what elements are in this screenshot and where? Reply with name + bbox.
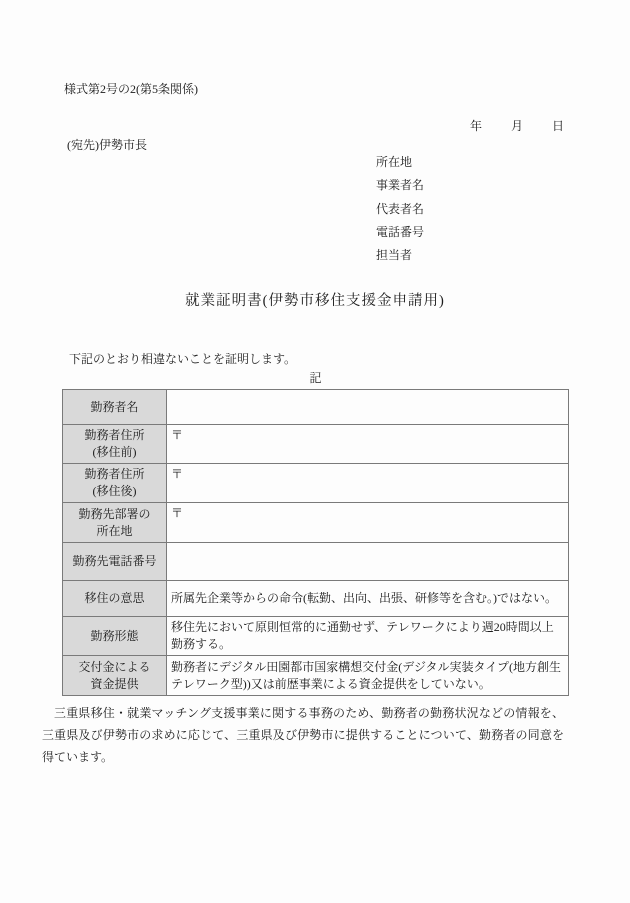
table-row-work-style: 勤務形態 移住先において原則恒常的に通勤せず、テレワークにより週20時間以上勤務… (63, 617, 569, 656)
table-row-workplace-phone: 勤務先電話番号 (63, 543, 569, 581)
table-row-worker-address-after: 勤務者住所 (移住後) 〒 (63, 464, 569, 503)
row-label: 勤務先電話番号 (63, 543, 167, 581)
row-value: 移住先において原則恒常的に通勤せず、テレワークにより週20時間以上勤務する。 (167, 617, 569, 656)
date-year-label: 年 (470, 117, 482, 134)
issuer-field-contact-person: 担当者 (376, 244, 424, 267)
table-row-worker-address-before: 勤務者住所 (移住前) 〒 (63, 425, 569, 464)
row-label: 勤務者名 (63, 390, 167, 425)
row-value (167, 543, 569, 581)
form-number: 様式第2号の2(第5条関係) (64, 80, 198, 97)
date-line: 年 月 日 (470, 117, 564, 134)
certification-statement: 下記のとおり相違ないことを証明します。 (69, 350, 296, 367)
document-page: 様式第2号の2(第5条関係) 年 月 日 (宛先)伊勢市長 所在地 事業者名 代… (0, 0, 630, 903)
consent-paragraph: 三重県移住・就業マッチング支援事業に関する事務のため、勤務者の勤務状況などの情報… (42, 702, 564, 768)
row-value: 勤務者にデジタル田園都市国家構想交付金(デジタル実装タイプ(地方創生テレワーク型… (167, 656, 569, 696)
table-row-grant-funding: 交付金による 資金提供 勤務者にデジタル田園都市国家構想交付金(デジタル実装タイ… (63, 656, 569, 696)
row-value: 〒 (167, 464, 569, 503)
row-value (167, 390, 569, 425)
table-row-worker-name: 勤務者名 (63, 390, 569, 425)
row-label: 勤務先部署の 所在地 (63, 503, 167, 543)
document-title: 就業証明書(伊勢市移住支援金申請用) (0, 289, 630, 310)
table-row-relocation-intent: 移住の意思 所属先企業等からの命令(転勤、出向、出張、研修等を含む。)ではない。 (63, 581, 569, 617)
addressee: (宛先)伊勢市長 (67, 136, 147, 153)
row-value: 〒 (167, 425, 569, 464)
row-label: 移住の意思 (63, 581, 167, 617)
certificate-table: 勤務者名 勤務者住所 (移住前) 〒 勤務者住所 (移住後) 〒 勤務先部署の … (62, 389, 569, 696)
row-value: 所属先企業等からの命令(転勤、出向、出張、研修等を含む。)ではない。 (167, 581, 569, 617)
row-label: 交付金による 資金提供 (63, 656, 167, 696)
issuer-field-representative-name: 代表者名 (376, 198, 424, 221)
row-label: 勤務形態 (63, 617, 167, 656)
row-label: 勤務者住所 (移住後) (63, 464, 167, 503)
ki-heading: 記 (62, 369, 569, 386)
row-label: 勤務者住所 (移住前) (63, 425, 167, 464)
issuer-field-business-name: 事業者名 (376, 174, 424, 197)
issuer-field-phone-number: 電話番号 (376, 221, 424, 244)
date-month-label: 月 (511, 117, 523, 134)
date-day-label: 日 (552, 117, 564, 134)
table-row-workplace-department-location: 勤務先部署の 所在地 〒 (63, 503, 569, 543)
issuer-field-location: 所在地 (376, 151, 424, 174)
row-value: 〒 (167, 503, 569, 543)
issuer-fields: 所在地 事業者名 代表者名 電話番号 担当者 (376, 151, 424, 267)
